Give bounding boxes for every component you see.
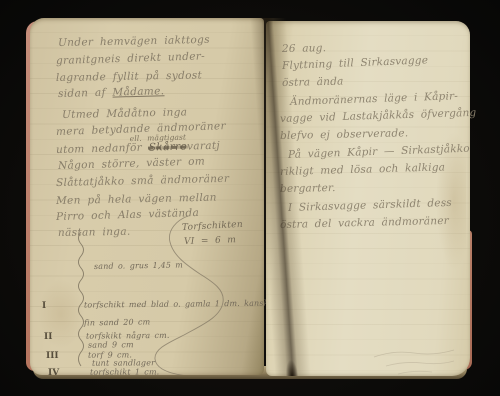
left-line-4-text: sidan af — [58, 87, 106, 100]
strata-text: torfschikt med blad o. gamla 1 dm. kansk… — [84, 299, 274, 310]
correction-suffix: varatj — [187, 140, 220, 153]
left-line-2: granitgneis direkt under- — [56, 50, 205, 67]
right-line-3: östra ända — [282, 75, 344, 89]
strata-row: IVtorfschikt 1 cm. — [48, 367, 159, 378]
right-line-2: Flyttning till Sirkasvagge — [282, 54, 429, 72]
strata-text: sand 9 cm — [88, 340, 134, 349]
left-line-8: Någon större, väster om — [58, 155, 205, 172]
left-line-7-correction: utom nedanför Skårrovaratj ell. mägtigas… — [56, 140, 220, 156]
strata-row: fin sand 20 cm — [42, 317, 150, 328]
strata-text: tunt sandlager — [92, 358, 155, 367]
strata-row: Itorfschikt med blad o. gamla 1 dm. kans… — [42, 299, 274, 311]
underlined-word: Mådame. — [112, 85, 164, 98]
left-page: Under hemvägen iakttogs granitgneis dire… — [30, 18, 264, 375]
roman-numeral — [42, 325, 84, 326]
left-line-4: sidan af Mådame. — [58, 85, 165, 100]
right-line-5: vagge vid Lastakjåkkås öfvergång — [280, 107, 477, 125]
left-line-10: Men på hela vägen mellan — [56, 192, 217, 207]
strata-text: torfschikt 1 cm. — [90, 367, 159, 376]
strata-row: sand 9 cm — [46, 340, 134, 350]
inserted-word: ell. mägtigast — [130, 133, 187, 143]
right-line-6: blefvo ej observerade. — [280, 127, 409, 142]
right-line-10: I Sirkasvagge särskildt dess — [288, 197, 452, 214]
struck-word: Skårro — [149, 141, 188, 154]
left-line-9: Slåttatjåkko små ändmoräner — [56, 173, 230, 189]
strata-text: torfskikt några cm. — [86, 331, 170, 341]
strata-intro: sand o. grus 1,45 m — [94, 260, 183, 271]
left-line-1: Under hemvägen iakttogs — [58, 34, 210, 49]
correction-prefix: utom nedanför — [56, 142, 142, 156]
left-line-3: lagrande fyllit på sydost — [56, 69, 202, 84]
photo-background: Under hemvägen iakttogs granitgneis dire… — [0, 0, 500, 396]
left-line-12: nästan inga. — [58, 226, 131, 239]
right-line-9: bergarter. — [280, 182, 336, 195]
curve-note-line-2: VI = 6 m — [184, 235, 237, 247]
right-page: 26 aug. Flyttning till Sirkasvagge östra… — [266, 21, 470, 376]
right-line-1: 26 aug. — [282, 42, 326, 55]
left-line-11: Pirro och Alas västända — [56, 207, 199, 223]
right-line-8: rikligt med lösa och kalkiga — [280, 161, 445, 178]
roman-numeral: IV — [48, 368, 90, 378]
right-line-4: Ändmoränernas läge i Kåpir- — [290, 90, 458, 108]
curve-note-line-1: Torfschikten — [182, 220, 244, 233]
right-line-11: östra del vackra ändmoräner — [280, 215, 449, 231]
left-line-5: Utmed Mådåtno inga — [62, 106, 188, 121]
strata-text: fin sand 20 cm — [84, 317, 150, 327]
roman-numeral: I — [42, 301, 84, 311]
